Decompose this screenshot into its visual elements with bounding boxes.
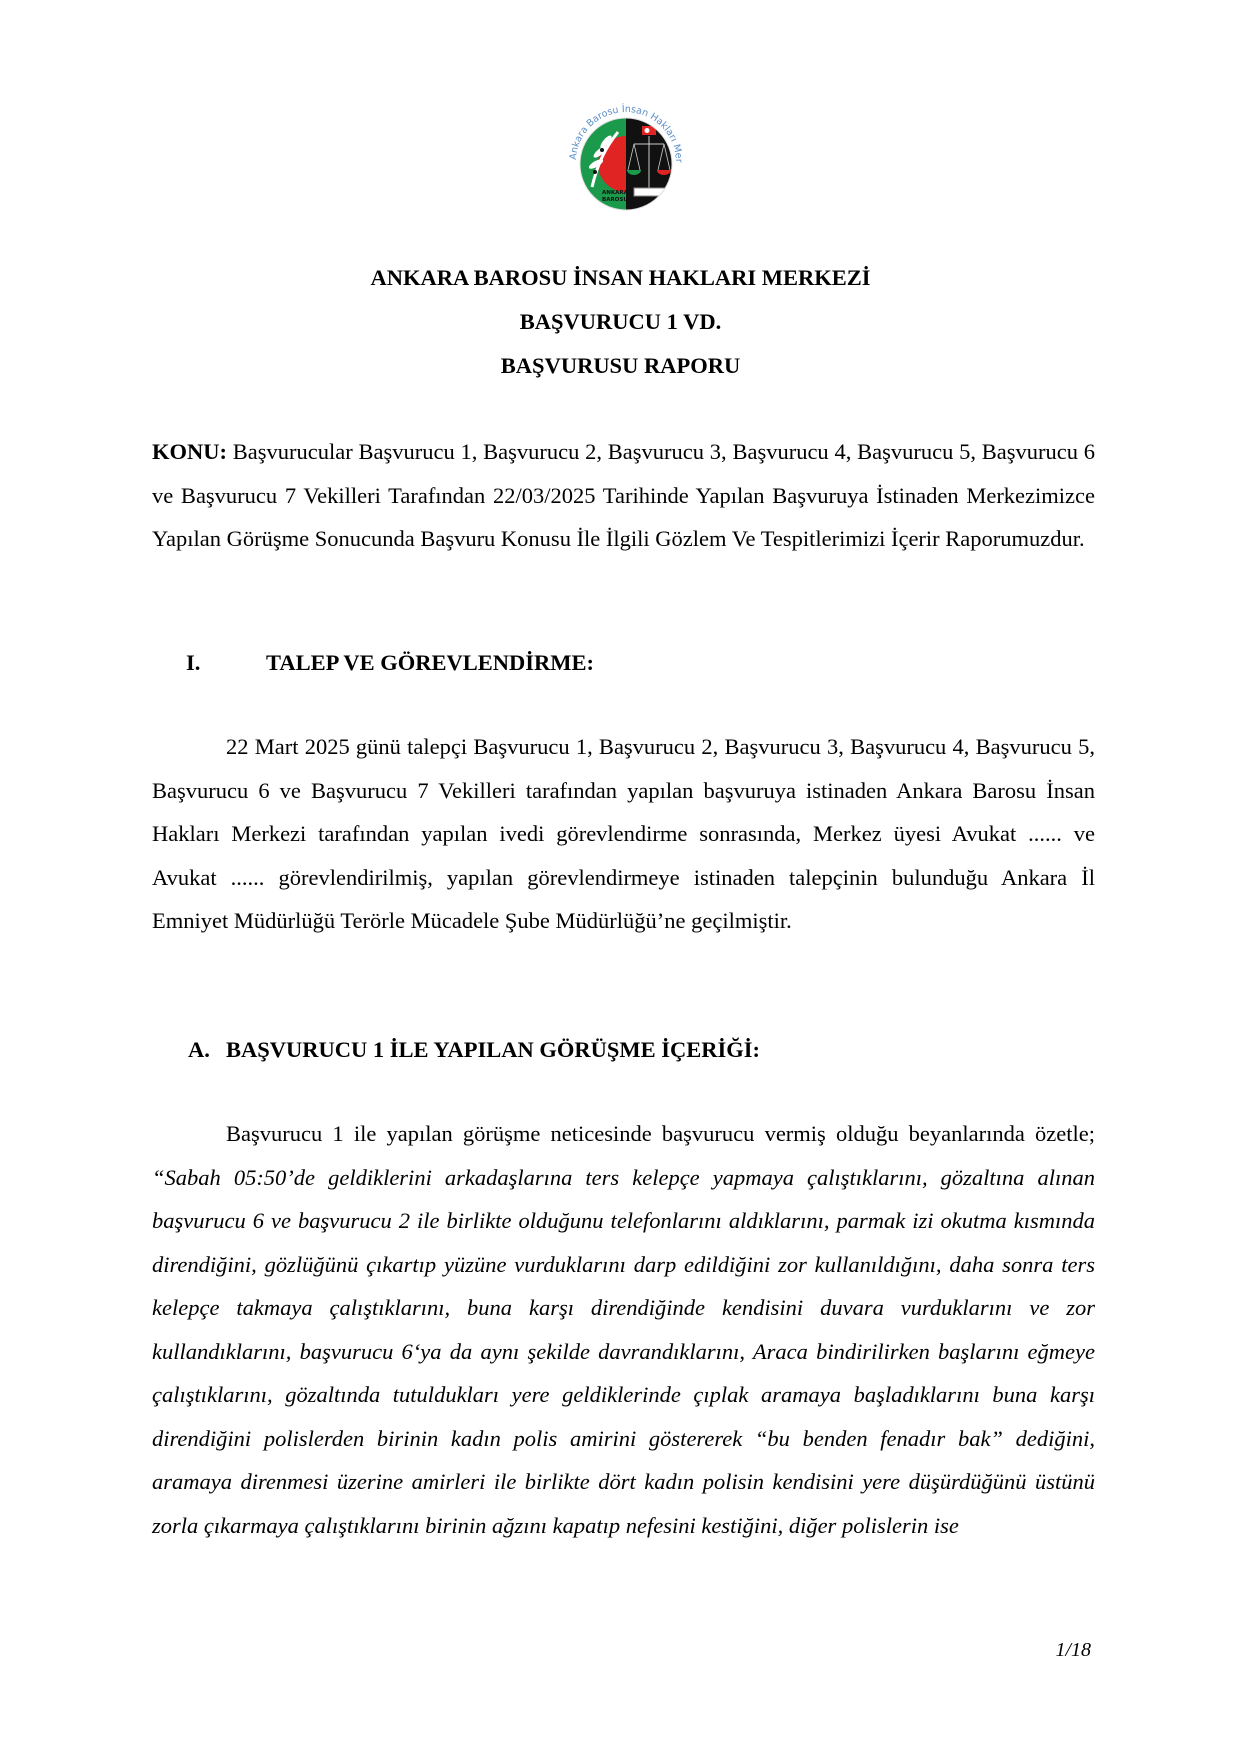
- organization-logo: Ankara Barosu İnsan Hakları Merkezi ANKA…: [562, 92, 690, 220]
- subject-label: KONU:: [152, 439, 227, 464]
- title-line-report: BAŞVURUSU RAPORU: [0, 344, 1241, 388]
- request-paragraph-text: 22 Mart 2025 günü talepçi Başvurucu 1, B…: [152, 734, 1095, 933]
- section-number: I.: [186, 648, 266, 678]
- svg-text:ANKARA: ANKARA: [602, 190, 629, 196]
- section-heading-request: I.TALEP VE GÖREVLENDİRME:: [186, 648, 594, 678]
- interview-paragraph: Başvurucu 1 ile yapılan görüşme neticesi…: [152, 1112, 1095, 1547]
- page-number: 1/18: [1055, 1638, 1091, 1662]
- section-heading-interview: A.BAŞVURUCU 1 İLE YAPILAN GÖRÜŞME İÇERİĞ…: [188, 1035, 760, 1065]
- subject-text: Başvurucular Başvurucu 1, Başvurucu 2, B…: [152, 439, 1095, 551]
- title-line-organization: ANKARA BAROSU İNSAN HAKLARI MERKEZİ: [0, 256, 1241, 300]
- section-title: BAŞVURUCU 1 İLE YAPILAN GÖRÜŞME İÇERİĞİ:: [226, 1037, 760, 1062]
- section-letter: A.: [188, 1035, 226, 1065]
- interview-quote-text: “Sabah 05:50’de geldiklerini arkadaşları…: [152, 1165, 1095, 1538]
- subject-paragraph: KONU: Başvurucular Başvurucu 1, Başvuruc…: [152, 430, 1095, 561]
- interview-intro-text: Başvurucu 1 ile yapılan görüşme neticesi…: [226, 1121, 1095, 1146]
- title-line-applicant: BAŞVURUCU 1 VD.: [0, 300, 1241, 344]
- section-title: TALEP VE GÖREVLENDİRME:: [266, 650, 594, 675]
- ankara-bar-human-rights-center-logo-icon: Ankara Barosu İnsan Hakları Merkezi ANKA…: [562, 92, 690, 220]
- report-title: ANKARA BAROSU İNSAN HAKLARI MERKEZİ BAŞV…: [0, 256, 1241, 388]
- svg-text:BAROSU: BAROSU: [602, 197, 628, 203]
- request-paragraph: 22 Mart 2025 günü talepçi Başvurucu 1, B…: [152, 725, 1095, 943]
